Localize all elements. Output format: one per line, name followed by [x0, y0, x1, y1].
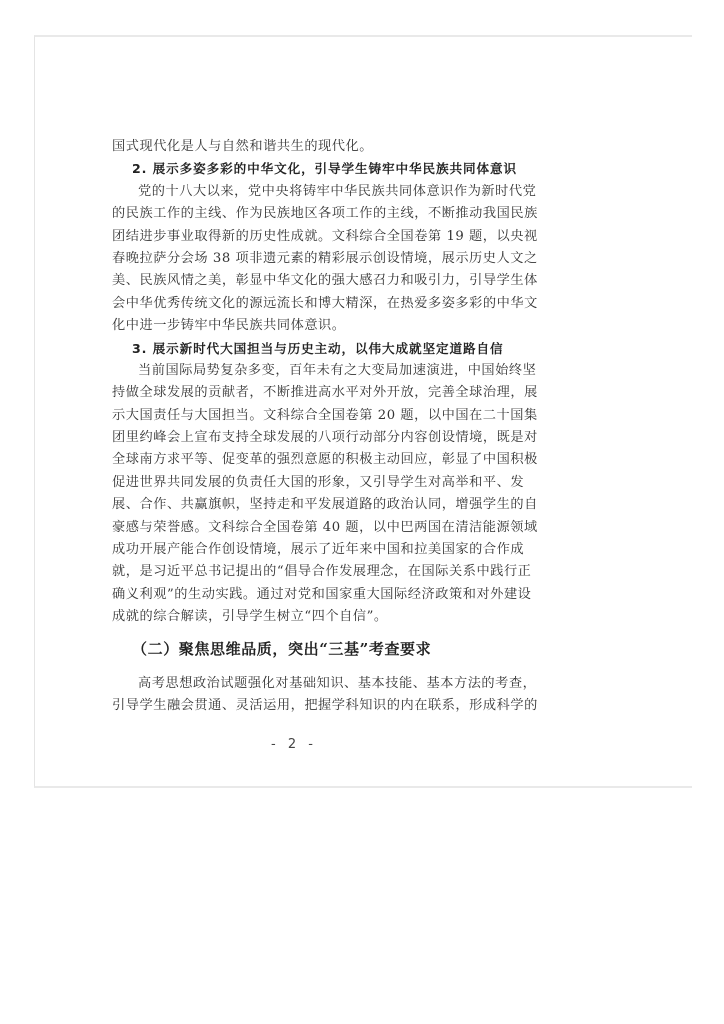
paragraph-line: 成功开展产能合作创设情境，展示了近年来中国和拉美国家的合作成 — [112, 539, 480, 561]
document-page: 国式现代化是人与自然和谐共生的现代化。 2. 展示多姿多彩的中华文化，引导学生铸… — [34, 35, 692, 788]
paragraph-line: 国式现代化是人与自然和谐共生的现代化。 — [112, 136, 480, 158]
spacer — [112, 665, 480, 673]
paragraph-line: 美、民族风情之美，彰显中华文化的强大感召力和吸引力，引导学生体 — [112, 270, 480, 292]
paragraph-line: 持做全球发展的贡献者，不断推进高水平对外开放，完善全球治理，展 — [112, 382, 480, 404]
paragraph-line: 会中华优秀传统文化的源远流长和博大精深，在热爱多姿多彩的中华文 — [112, 293, 480, 315]
paragraph-line: 全球南方求平等、促变革的强烈意愿的积极主动回应，彰显了中国积极 — [112, 449, 480, 471]
paragraph-line: 豪感与荣誉感。文科综合全国卷第 40 题，以中巴两国在清洁能源领域 — [112, 517, 480, 539]
page-body: 国式现代化是人与自然和谐共生的现代化。 2. 展示多姿多彩的中华文化，引导学生铸… — [112, 136, 480, 717]
paragraph-line: 确义利观”的生动实践。通过对党和国家重大国际经济政策和对外建设 — [112, 584, 480, 606]
paragraph-line: 就，是习近平总书记提出的“倡导合作发展理念，在国际关系中践行正 — [112, 561, 480, 583]
paragraph-line: 示大国责任与大国担当。文科综合全国卷第 20 题，以中国在二十国集 — [112, 405, 480, 427]
section-heading-2: （二）聚焦思维品质，突出“三基”考查要求 — [112, 629, 480, 665]
paragraph-line: 的民族工作的主线、作为民族地区各项工作的主线，不断推动我国民族 — [112, 203, 480, 225]
paragraph-line: 成就的综合解读，引导学生树立“四个自信”。 — [112, 606, 480, 628]
paragraph-line: 促进世界共同发展的负责任大国的形象，又引导学生对高举和平、发 — [112, 472, 480, 494]
paragraph-line: 春晚拉萨分会场 38 项非遗元素的精彩展示创设情境，展示历史人文之 — [112, 248, 480, 270]
paragraph-line: 引导学生融会贯通、灵活运用，把握学科知识的内在联系，形成科学的 — [112, 695, 480, 717]
subsection-heading-3: 3. 展示新时代大国担当与历史主动，以伟大成就坚定道路自信 — [112, 338, 480, 360]
paragraph-line: 党的十八大以来，党中央将铸牢中华民族共同体意识作为新时代党 — [112, 181, 480, 203]
paragraph-line: 团里约峰会上宣布支持全球发展的八项行动部分内容创设情境，既是对 — [112, 427, 480, 449]
paragraph-line: 团结进步事业取得新的历史性成就。文科综合全国卷第 19 题，以央视 — [112, 226, 480, 248]
page-number: - 2 - — [35, 737, 553, 752]
subsection-heading-2: 2. 展示多姿多彩的中华文化，引导学生铸牢中华民族共同体意识 — [112, 158, 480, 180]
paragraph-line: 展、合作、共赢旗帜，坚持走和平发展道路的政治认同，增强学生的自 — [112, 494, 480, 516]
paragraph-line: 当前国际局势复杂多变，百年未有之大变局加速演进，中国始终坚 — [112, 360, 480, 382]
paragraph-line: 化中进一步铸牢中华民族共同体意识。 — [112, 315, 480, 337]
paragraph-line: 高考思想政治试题强化对基础知识、基本技能、基本方法的考查， — [112, 673, 480, 695]
